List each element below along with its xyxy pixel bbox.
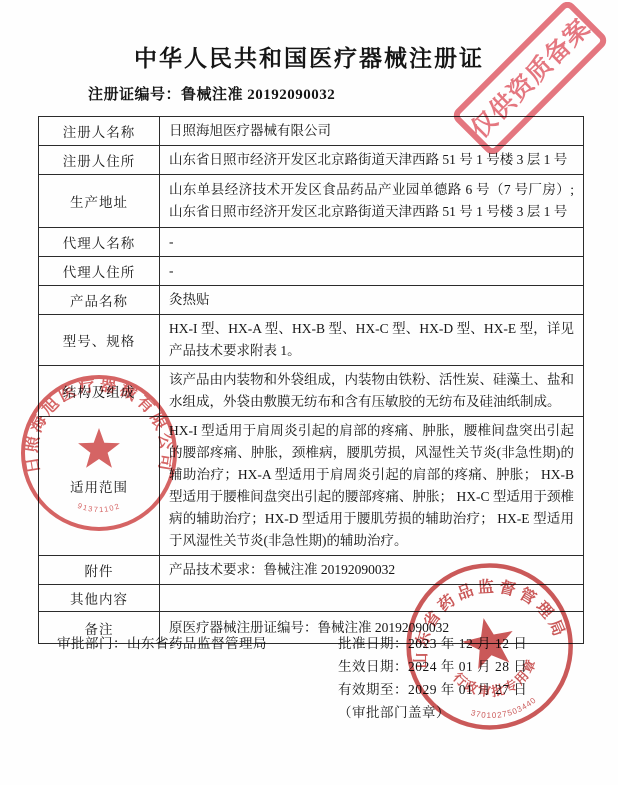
row-label: 适用范围 <box>39 417 160 555</box>
dates-block: 批准日期：2023 年 12 月 12 日 生效日期：2024 年 01 月 2… <box>338 632 527 724</box>
row-value: - <box>169 260 574 282</box>
table-row-attachment: 附件 产品技术要求：鲁械注准 20192090032 <box>39 556 583 585</box>
row-label: 型号、规格 <box>39 315 160 365</box>
row-value: 山东省日照市经济开发区北京路街道天津西路 51 号 1 号楼 3 层 1 号 <box>169 149 574 171</box>
approval-date-label: 批准日期： <box>338 636 408 651</box>
table-row-registrant-name: 注册人名称 日照海旭医疗器械有限公司 <box>39 117 583 146</box>
approval-department-line: 审批部门：山东省药品监督管理局 <box>57 632 267 652</box>
page-title: 中华人民共和国医疗器械注册证 <box>0 40 618 73</box>
table-row-agent-address: 代理人住所 - <box>39 257 583 286</box>
row-label: 其他内容 <box>39 585 160 611</box>
table-row-model-spec: 型号、规格 HX-I 型、HX-A 型、HX-B 型、HX-C 型、HX-D 型… <box>39 315 583 366</box>
expiry-date-label: 有效期至： <box>338 682 408 697</box>
effective-date-line: 生效日期：2024 年 01 月 28 日 <box>338 655 527 678</box>
expiry-date-value: 2029 年 01 月 27 日 <box>408 682 527 697</box>
registration-table: 注册人名称 日照海旭医疗器械有限公司 注册人住所 山东省日照市经济开发区北京路街… <box>38 116 584 644</box>
seal-note: （审批部门盖章） <box>338 701 527 724</box>
certificate-number-value: 鲁械注准 20192090032 <box>181 87 335 103</box>
row-label: 产品名称 <box>39 286 160 314</box>
row-label: 注册人名称 <box>39 117 160 145</box>
expiry-date-line: 有效期至：2029 年 01 月 27 日 <box>338 678 527 701</box>
row-value: 该产品由内装物和外袋组成，内装物由铁粉、活性炭、硅藻土、盐和水组成，外袋由敷膜无… <box>169 369 574 413</box>
approval-date-value: 2023 年 12 月 12 日 <box>408 636 527 651</box>
table-row-production-address: 生产地址 山东单县经济技术开发区食品药品产业园单德路 6 号（7 号厂房）;山东… <box>39 175 583 228</box>
approval-department-label: 审批部门： <box>57 636 127 651</box>
row-value: 产品技术要求：鲁械注准 20192090032 <box>169 559 574 581</box>
table-row-scope-of-application: 适用范围 HX-I 型适用于肩周炎引起的肩部的疼痛、肿胀，腰椎间盘突出引起的腰部… <box>39 417 583 556</box>
row-label: 附件 <box>39 556 160 584</box>
row-label: 注册人住所 <box>39 146 160 174</box>
approval-department-value: 山东省药品监督管理局 <box>127 636 267 651</box>
row-value: HX-I 型、HX-A 型、HX-B 型、HX-C 型、HX-D 型、HX-E … <box>169 318 574 362</box>
row-label: 生产地址 <box>39 175 160 227</box>
effective-date-value: 2024 年 01 月 28 日 <box>408 659 527 674</box>
row-value: 山东单县经济技术开发区食品药品产业园单德路 6 号（7 号厂房）;山东省日照市经… <box>169 179 574 223</box>
row-value: 日照海旭医疗器械有限公司 <box>169 120 574 142</box>
row-label: 代理人名称 <box>39 228 160 256</box>
row-value: 灸热贴 <box>169 289 574 311</box>
effective-date-label: 生效日期： <box>338 659 408 674</box>
approval-date-line: 批准日期：2023 年 12 月 12 日 <box>338 632 527 655</box>
table-row-registrant-address: 注册人住所 山东省日照市经济开发区北京路街道天津西路 51 号 1 号楼 3 层… <box>39 146 583 175</box>
row-label: 代理人住所 <box>39 257 160 285</box>
table-row-other-content: 其他内容 <box>39 585 583 612</box>
row-label: 结构及组成 <box>39 366 160 416</box>
certificate-number-line: 注册证编号：鲁械注准 20192090032 <box>88 83 335 104</box>
row-value: HX-I 型适用于肩周炎引起的肩部的疼痛、肿胀，腰椎间盘突出引起的腰部疼痛、肿胀… <box>169 420 574 552</box>
table-row-structure: 结构及组成 该产品由内装物和外袋组成，内装物由铁粉、活性炭、硅藻土、盐和水组成，… <box>39 366 583 417</box>
table-row-agent-name: 代理人名称 - <box>39 228 583 257</box>
table-row-product-name: 产品名称 灸热贴 <box>39 286 583 315</box>
row-value: - <box>169 231 574 253</box>
certificate-number-label: 注册证编号： <box>88 87 181 103</box>
